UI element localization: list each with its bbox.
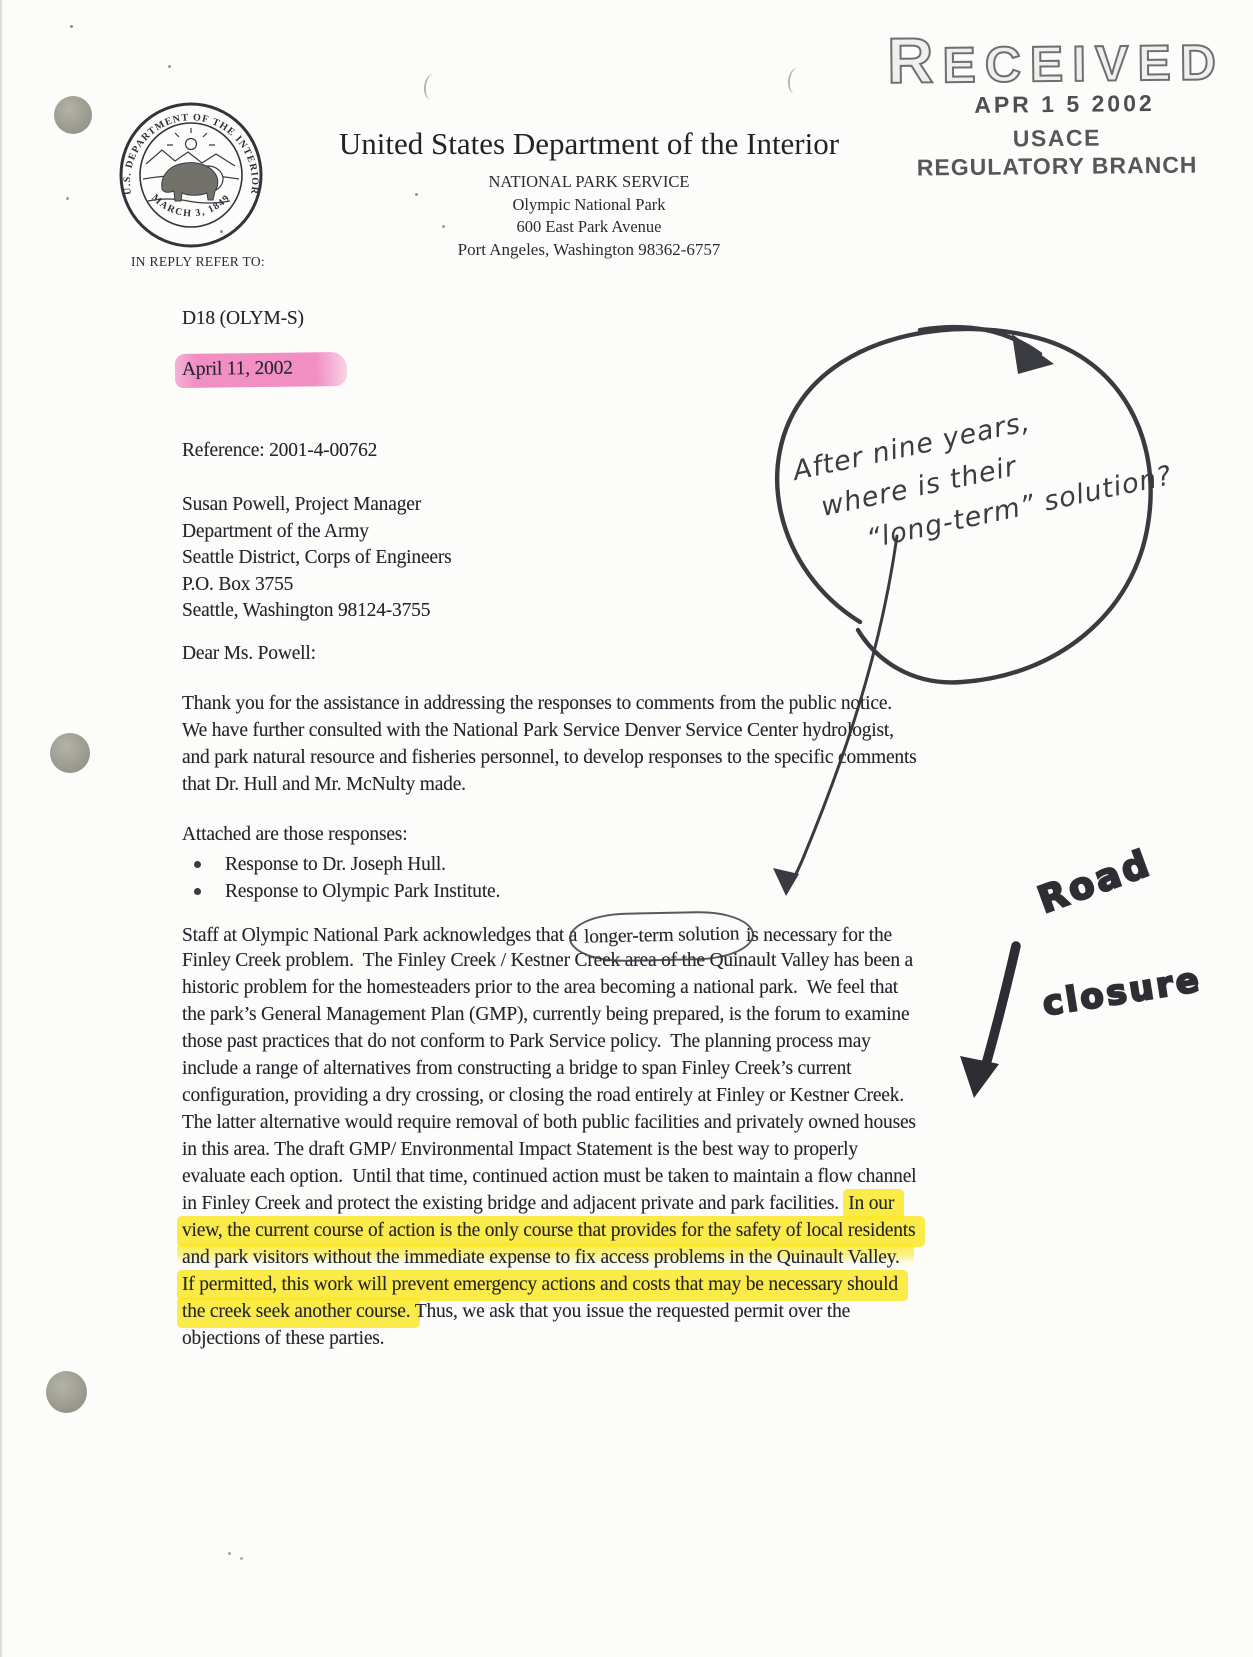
scan-specks xyxy=(70,25,73,28)
body-line: objections of these parties. xyxy=(182,1325,916,1352)
body-line: The latter alternative would require rem… xyxy=(182,1109,916,1136)
body-line: the creek seek another course. Thus, we … xyxy=(182,1298,916,1325)
body-line: and park visitors without the immediate … xyxy=(182,1244,916,1271)
long-arrowhead-icon xyxy=(773,868,799,896)
body-line: in Finley Creek and protect the existing… xyxy=(182,1190,916,1217)
list-item: Response to Dr. Joseph Hull. xyxy=(182,851,500,878)
in-reply-refer-label: IN REPLY REFER TO: xyxy=(131,254,265,270)
punch-hole xyxy=(50,733,90,773)
road-closure-arrow-stroke xyxy=(985,946,1016,1068)
paragraph-2: Staff at Olympic National Park acknowled… xyxy=(182,920,916,1352)
scanned-letter-page: U.S. DEPARTMENT OF THE INTERIOR MARCH 3,… xyxy=(0,0,1253,1657)
list-item: Response to Olympic Park Institute. xyxy=(182,878,500,905)
recipient-line: Seattle, Washington 98124-3755 xyxy=(182,598,452,625)
recipient-address: Susan Powell, Project Manager Department… xyxy=(182,492,452,625)
recipient-line: Department of the Army xyxy=(182,519,452,546)
body-line: Staff at Olympic National Park acknowled… xyxy=(182,920,916,947)
seal-bottom-text: MARCH 3, 1849 xyxy=(149,192,232,219)
paragraph-1: Thank you for the assistance in addressi… xyxy=(182,690,917,798)
handwritten-closure-note: closure xyxy=(1040,960,1205,1025)
road-closure-arrowhead-icon xyxy=(960,1056,999,1098)
yellow-highlight: the creek seek another course. xyxy=(177,1297,420,1328)
handwritten-road-note: Road xyxy=(1032,841,1157,922)
circle-arrowhead-icon xyxy=(1012,334,1054,374)
body-line: If permitted, this work will prevent eme… xyxy=(182,1271,916,1298)
body-line: that Dr. Hull and Mr. McNulty made. xyxy=(182,771,917,798)
punch-hole xyxy=(54,96,92,134)
body-line: view, the current course of action is th… xyxy=(182,1217,916,1244)
body-line: Thank you for the assistance in addressi… xyxy=(182,690,917,717)
body-line: We have further consulted with the Natio… xyxy=(182,717,917,744)
agency-name: NATIONAL PARK SERVICE xyxy=(298,171,880,194)
department-title: United States Department of the Interior xyxy=(298,126,880,162)
body-line: evaluate each option. Until that time, c… xyxy=(182,1163,916,1190)
body-line: configuration, providing a dry crossing,… xyxy=(182,1082,916,1109)
recipient-line: Seattle District, Corps of Engineers xyxy=(182,545,452,572)
bullet-icon xyxy=(194,861,201,868)
received-stamp-date: APR 1 5 2002 xyxy=(868,89,1253,120)
hand-drawn-circle-arrow-stroke xyxy=(920,327,1040,354)
received-stamp-org: USACE xyxy=(860,123,1253,154)
body-line: historic problem for the homesteaders pr… xyxy=(182,974,916,1001)
body-line: include a range of alternatives from con… xyxy=(182,1055,916,1082)
body-line: the park’s General Management Plan (GMP)… xyxy=(182,1001,916,1028)
received-stamp-branch: REGULATORY BRANCH xyxy=(861,151,1253,182)
salutation: Dear Ms. Powell: xyxy=(182,643,316,665)
attachment-list: Response to Dr. Joseph Hull. Response to… xyxy=(182,851,500,905)
letterhead-address: NATIONAL PARK SERVICE Olympic National P… xyxy=(298,171,880,261)
body-line: those past practices that do not conform… xyxy=(182,1028,916,1055)
received-stamp: RECEIVED APR 1 5 2002 USACE REGULATORY B… xyxy=(859,26,1253,182)
city-address: Port Angeles, Washington 98362-6757 xyxy=(298,239,880,262)
interior-department-seal: U.S. DEPARTMENT OF THE INTERIOR MARCH 3,… xyxy=(116,100,266,250)
scan-artifact-curve xyxy=(787,67,806,95)
letterhead: United States Department of the Interior… xyxy=(298,126,880,261)
seal-graphic: U.S. DEPARTMENT OF THE INTERIOR MARCH 3,… xyxy=(116,100,266,250)
letter-date-line: April 11, 2002 xyxy=(182,358,293,380)
street-address: 600 East Park Avenue xyxy=(298,216,880,239)
recipient-line: Susan Powell, Project Manager xyxy=(182,492,452,519)
bison-silhouette xyxy=(162,163,218,201)
handwritten-note-circle: After nine years, where is their “long-t… xyxy=(789,375,1176,572)
scan-edge-shadow xyxy=(0,0,3,1657)
scan-artifact-curve xyxy=(423,73,442,101)
pink-highlighted-date: April 11, 2002 xyxy=(175,352,347,388)
body-line: Finley Creek problem. The Finley Creek /… xyxy=(182,947,916,974)
recipient-line: P.O. Box 3755 xyxy=(182,572,452,599)
hand-circled-phrase: longer-term solution xyxy=(568,910,754,963)
svg-text:MARCH 3, 1849: MARCH 3, 1849 xyxy=(149,192,232,219)
received-stamp-word: RECEIVED xyxy=(859,26,1253,97)
file-code: D18 (OLYM-S) xyxy=(182,308,304,330)
reference-number: Reference: 2001-4-00762 xyxy=(182,440,377,462)
punch-hole xyxy=(46,1371,87,1413)
bullet-icon xyxy=(194,888,201,895)
body-line: in this area. The draft GMP/ Environment… xyxy=(182,1136,916,1163)
body-line: and park natural resource and fisheries … xyxy=(182,744,917,771)
attached-intro: Attached are those responses: xyxy=(182,824,407,846)
park-name: Olympic National Park xyxy=(298,194,880,217)
